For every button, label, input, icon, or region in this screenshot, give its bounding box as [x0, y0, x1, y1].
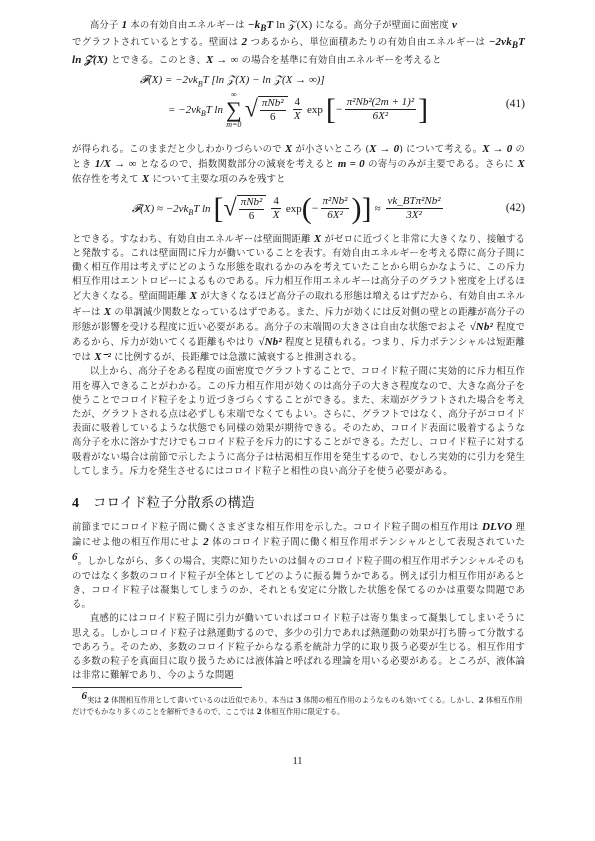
text: 本の有効自由エネルギーは [127, 20, 248, 31]
section-number: 4 [72, 496, 79, 511]
text: になる。高分子が壁面に面密度 [312, 20, 452, 31]
section-title: コロイド粒子分散系の構造 [93, 495, 255, 511]
text: でグラフトされているとする。壁面は [72, 37, 242, 48]
equation-number: (41) [506, 98, 525, 110]
math: ln 𝒵(X) [273, 19, 312, 31]
paragraph-dispersion-intro: 前節までにコロイド粒子間に働くさまざまな相互作用を示した。コロイド粒子間の相互作… [72, 520, 525, 612]
equation-42: 𝓕(X) ≈ −2νkBT ln [√πNb²6 4X exp(−π²Nb²6X… [72, 188, 525, 232]
paragraph-repulsion: とできる。すなわち、有効自由エネルギーは壁面間距離 X がゼロに近づくと非常に大… [72, 232, 525, 366]
page-number: 11 [0, 756, 595, 767]
footnote: 6実は 2 体間相互作用として書いているのは近似であり、本当は 3 体間の相互作… [72, 691, 525, 716]
text: 高分子 [90, 20, 122, 31]
equation-number: (42) [506, 202, 525, 214]
equation-42-body: 𝓕(X) ≈ −2νkBT ln [√πNb²6 4X exp(−π²Nb²6X… [132, 192, 445, 226]
math: X → ∞ [206, 54, 238, 66]
sqrt: √πNb²6 [245, 96, 288, 124]
paragraph-free-energy-intro: 高分子 1 本の有効自由エネルギーは −kBT ln 𝒵(X) になる。高分子が… [72, 18, 525, 68]
text: の場合を基準に有効自由エネルギーを考えると [238, 55, 441, 66]
equation-41-line1: 𝓕(X) = −2νkBT [ln 𝒵(X) − ln 𝒵(X → ∞)] [140, 72, 325, 88]
math-kbt: −kBT [248, 19, 274, 31]
footnote-rule [72, 687, 242, 688]
equation-41-line2: = −2νkBT ln ∞∑m=0 √πNb²6 4X exp [−π²Nb²(… [168, 90, 428, 130]
paper-page: 高分子 1 本の有効自由エネルギーは −kBT ln 𝒵(X) になる。高分子が… [72, 18, 525, 717]
text: つあるから、単位面積あたりの有効自由エネルギーは [247, 37, 488, 48]
text: とできる。このとき、 [108, 55, 206, 66]
math-nu: ν [452, 19, 457, 31]
paragraph-grafting-summary: 以上から、高分子をある程度の面密度でグラフトすることで、コロイド粒子間に実効的に… [72, 365, 525, 479]
section-heading: 4コロイド粒子分散系の構造 [72, 491, 525, 512]
paragraph-small-x: が得られる。このままだと少しわかりづらいので X が小さいところ (X → 0)… [72, 142, 525, 188]
paragraph-thermal-motion: 直感的にはコロイド粒子間に引力が働いていればコロイド粒子は寄り集まって凝集してし… [72, 612, 525, 683]
equation-41: 𝓕(X) = −2νkBT [ln 𝒵(X) − ln 𝒵(X → ∞)] = … [72, 70, 525, 142]
summation: ∞∑m=0 [226, 90, 242, 130]
